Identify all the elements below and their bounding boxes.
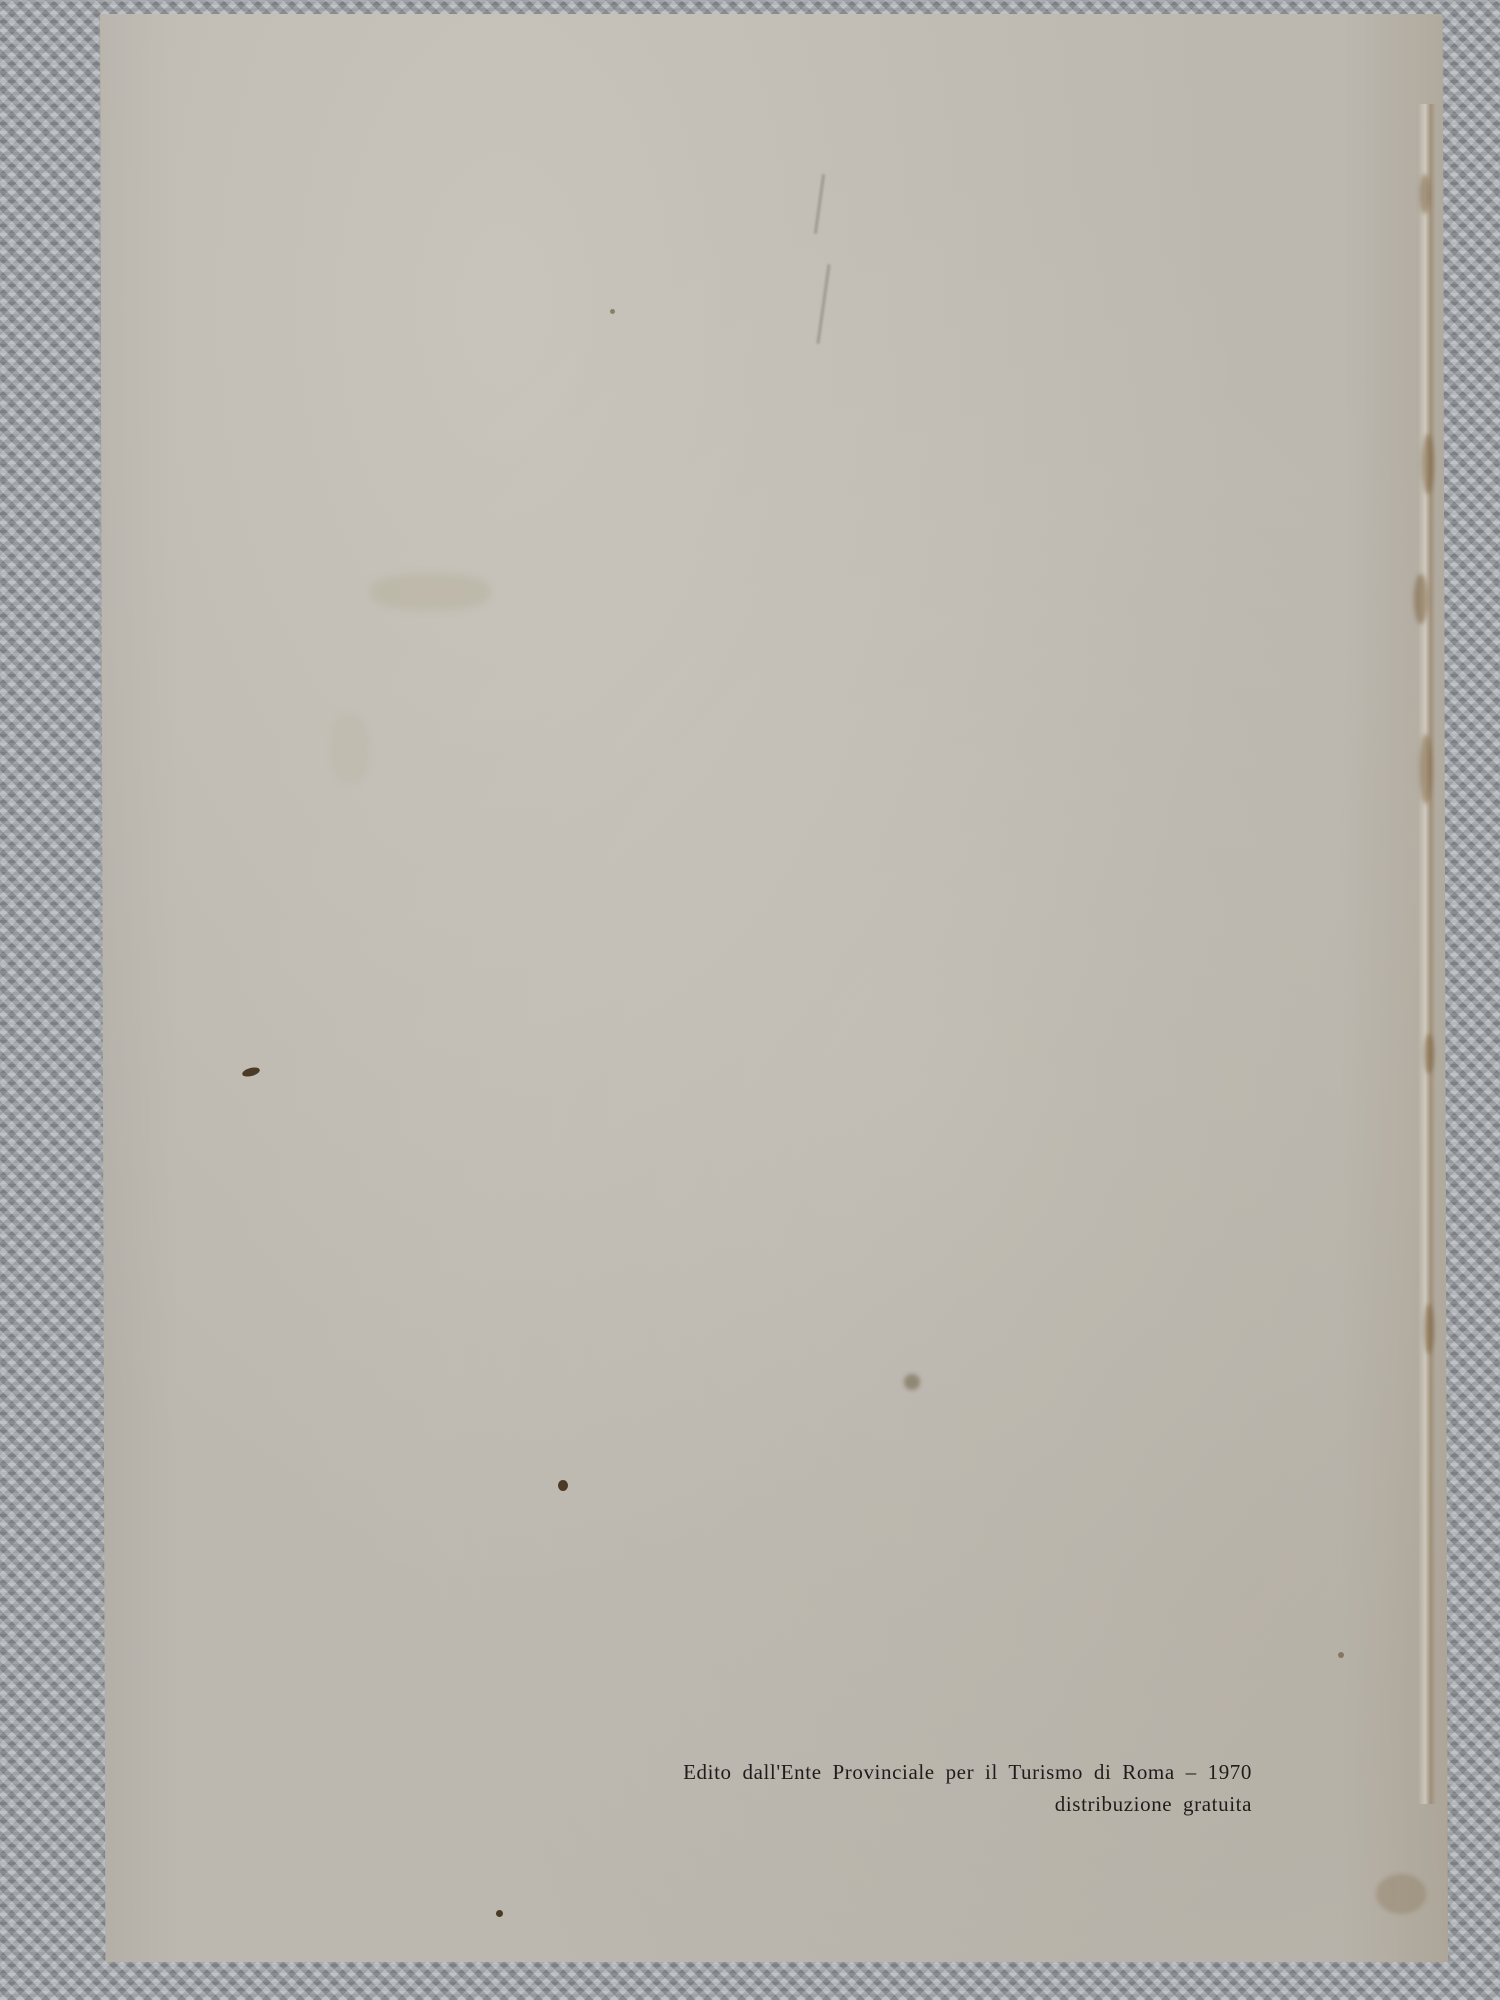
ink-spot	[610, 309, 615, 314]
foxing-stain	[1414, 574, 1428, 624]
imprint-line-distribution: distribuzione gratuita	[683, 1788, 1252, 1820]
foxing-stain	[1424, 1304, 1434, 1354]
publisher-imprint: Edito dall'Ente Provinciale per il Turis…	[683, 1756, 1252, 1820]
ink-spot	[904, 1374, 920, 1390]
foxing-stain	[1420, 174, 1430, 214]
foxing-stain	[1420, 734, 1432, 804]
ink-spot	[1338, 1652, 1344, 1658]
foxing-stain	[1422, 434, 1434, 494]
imprint-line-publisher: Edito dall'Ente Provinciale per il Turis…	[683, 1756, 1252, 1788]
ink-spot	[558, 1480, 568, 1491]
crease-mark	[816, 264, 830, 344]
foxing-stain	[1376, 1874, 1426, 1914]
ink-spot	[241, 1066, 260, 1078]
water-stain	[370, 574, 490, 610]
ink-spot	[496, 1910, 503, 1917]
foxing-stain	[1424, 1034, 1434, 1074]
back-cover-page	[100, 14, 1448, 1962]
crease-mark	[814, 174, 825, 234]
spine-edge	[1418, 104, 1436, 1804]
water-stain	[330, 714, 370, 784]
